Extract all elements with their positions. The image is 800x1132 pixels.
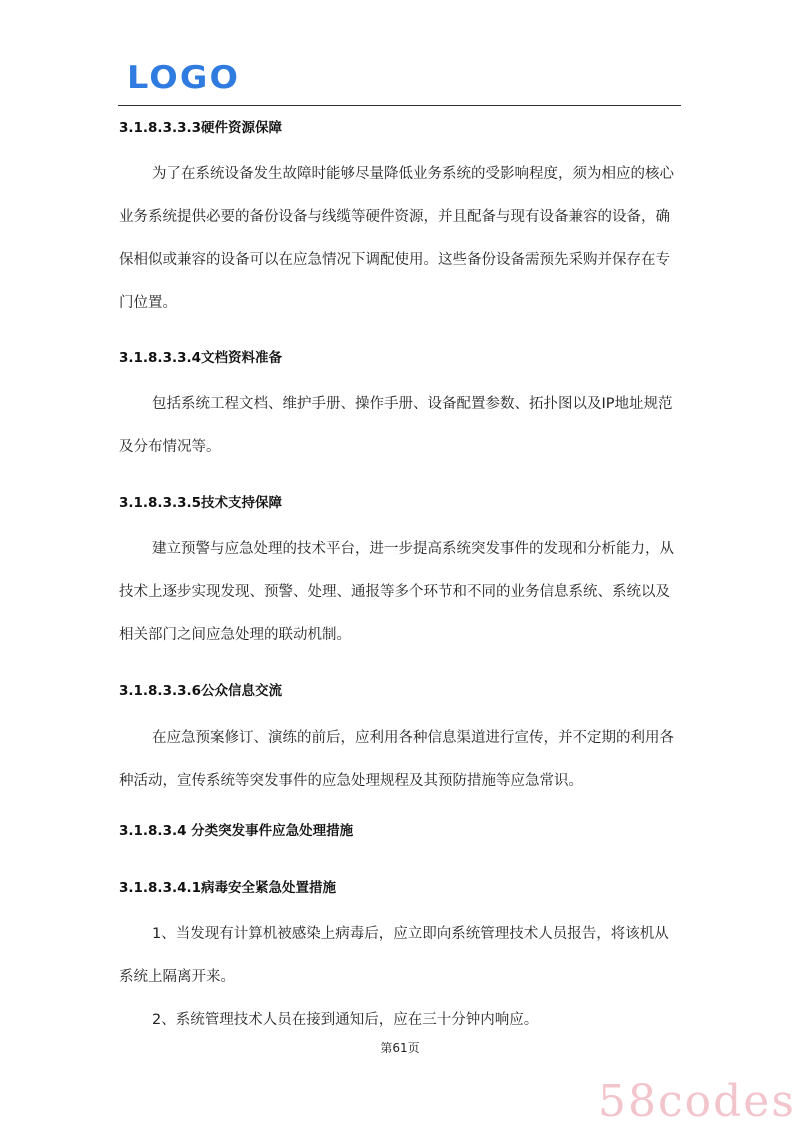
header-divider: [118, 105, 681, 106]
section-heading-incident-measures: 3.1.8.3.4 分类突发事件应急处理措施: [119, 825, 353, 839]
paragraph-line: 及分布情况等。: [119, 440, 221, 455]
paragraph-line: 建立预警与应急处理的技术平台，进一步提高系统突发事件的发现和分析能力，从: [152, 542, 674, 557]
paragraph-line: 技术上逐步实现发现、预警、处理、通报等多个环节和不同的业务信息系统、系统以及: [119, 585, 670, 600]
paragraph-line: 相关部门之间应急处理的联动机制。: [119, 628, 351, 643]
page-number: 第61页: [0, 1039, 800, 1056]
paragraph-line: 业务系统提供必要的备份设备与线缆等硬件资源，并且配备与现有设备兼容的设备，确: [119, 210, 670, 225]
section-heading-documents: 3.1.8.3.3.4文档资料准备: [119, 352, 282, 366]
section-heading-virus-response: 3.1.8.3.4.1病毒安全紧急处置措施: [119, 882, 336, 896]
paragraph-line: 种活动，宣传系统等突发事件的应急处理规程及其预防措施等应急常识。: [119, 774, 583, 789]
watermark: 58codes: [598, 1080, 796, 1124]
section-heading-public-info: 3.1.8.3.3.6公众信息交流: [119, 685, 282, 699]
paragraph-line: 保相似或兼容的设备可以在应急情况下调配使用。这些备份设备需预先采购并保存在专: [119, 253, 670, 268]
paragraph-line: 在应急预案修订、演练的前后，应利用各种信息渠道进行宣传，并不定期的利用各: [152, 731, 674, 746]
paragraph-line: 为了在系统设备发生故障时能够尽量降低业务系统的受影响程度，须为相应的核心: [152, 167, 674, 182]
paragraph-line: 门位置。: [119, 296, 177, 311]
paragraph-line: 包括系统工程文档、维护手册、操作手册、设备配置参数、拓扑图以及IP地址规范: [152, 397, 673, 412]
section-heading-tech-support: 3.1.8.3.3.5技术支持保障: [119, 497, 282, 511]
list-item: 2、系统管理技术人员在接到通知后，应在三十分钟内响应。: [152, 1013, 538, 1028]
paragraph-line: 系统上隔离开来。: [119, 970, 235, 985]
logo: LOGO: [127, 63, 240, 94]
section-heading-hardware: 3.1.8.3.3.3硬件资源保障: [119, 122, 282, 136]
list-item: 1、当发现有计算机被感染上病毒后，应立即向系统管理技术人员报告，将该机从: [152, 927, 669, 942]
